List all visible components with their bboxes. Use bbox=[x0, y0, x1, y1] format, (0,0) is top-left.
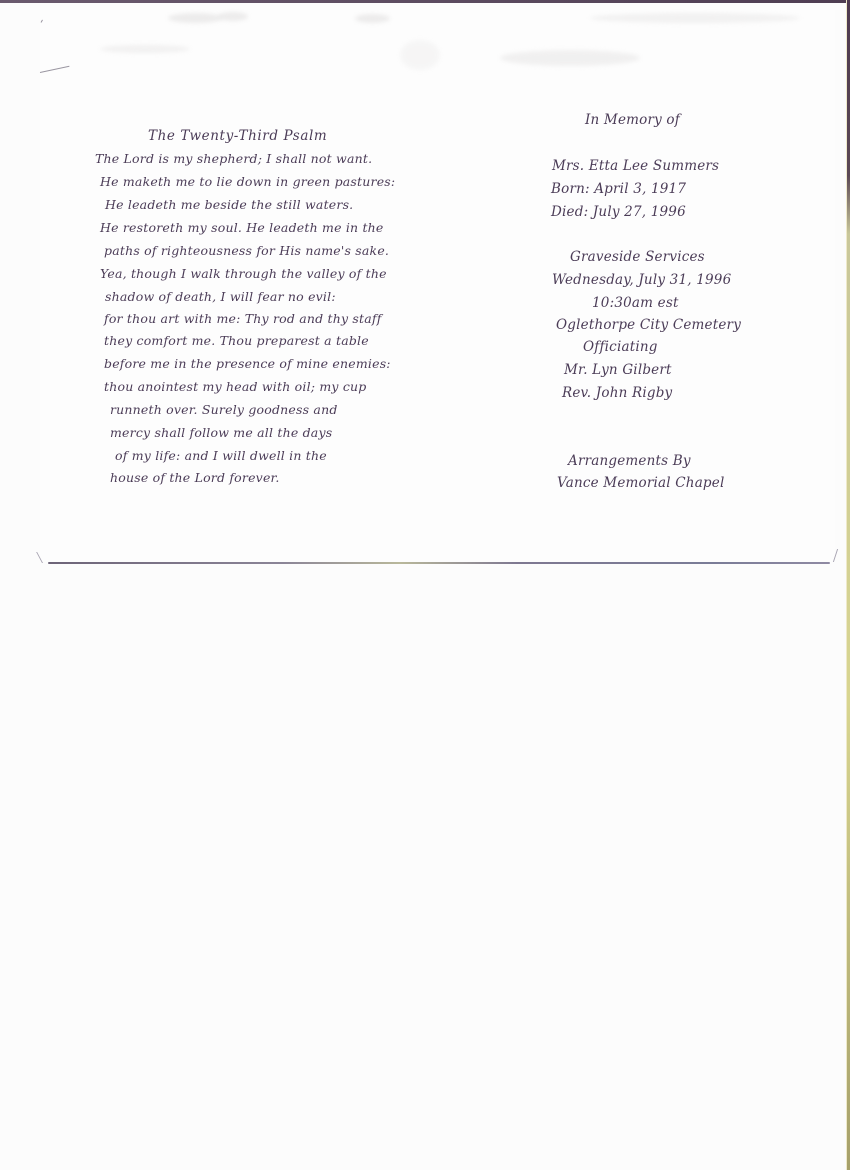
psalm-title: The Twenty-Third Psalm bbox=[148, 130, 327, 144]
funeral-home: Vance Memorial Chapel bbox=[557, 477, 725, 491]
paper-smudge bbox=[218, 12, 248, 21]
deceased-name: Mrs. Etta Lee Summers bbox=[552, 160, 719, 174]
paper-smudge bbox=[500, 50, 640, 66]
paper-smudge bbox=[590, 13, 800, 23]
officiant: Mr. Lyn Gilbert bbox=[564, 364, 672, 378]
psalm-line: Yea, though I walk through the valley of… bbox=[100, 268, 387, 281]
service-time: 10:30am est bbox=[592, 297, 679, 311]
psalm-line: He leadeth me beside the still waters. bbox=[105, 199, 353, 212]
officiant: Rev. John Rigby bbox=[562, 387, 672, 401]
service-title: Graveside Services bbox=[570, 251, 705, 265]
psalm-line: shadow of death, I will fear no evil: bbox=[105, 291, 336, 304]
paper-smudge bbox=[355, 14, 390, 23]
psalm-line: they comfort me. Thou preparest a table bbox=[104, 335, 369, 348]
paper-smudge bbox=[168, 13, 223, 23]
officiating-label: Officiating bbox=[583, 341, 658, 355]
memorial-heading: In Memory of bbox=[585, 114, 680, 128]
paper-smudge bbox=[100, 45, 190, 53]
paper-smudge bbox=[400, 40, 440, 70]
psalm-line: for thou art with me: Thy rod and thy st… bbox=[104, 313, 382, 326]
service-location: Oglethorpe City Cemetery bbox=[556, 319, 741, 333]
birth-date: Born: April 3, 1917 bbox=[551, 183, 686, 197]
psalm-line: mercy shall follow me all the days bbox=[110, 427, 332, 440]
card-bottom-edge bbox=[48, 562, 830, 564]
psalm-line: He maketh me to lie down in green pastur… bbox=[100, 176, 395, 189]
arrangements-label: Arrangements By bbox=[568, 455, 691, 469]
psalm-line: runneth over. Surely goodness and bbox=[110, 404, 338, 417]
psalm-line: paths of righteousness for His name's sa… bbox=[104, 245, 389, 258]
psalm-line: before me in the presence of mine enemie… bbox=[104, 358, 391, 371]
death-date: Died: July 27, 1996 bbox=[551, 206, 686, 220]
psalm-line: of my life: and I will dwell in the bbox=[115, 450, 327, 463]
psalm-line: thou anointest my head with oil; my cup bbox=[104, 381, 367, 394]
scan-top-border bbox=[0, 0, 850, 3]
service-date: Wednesday, July 31, 1996 bbox=[552, 274, 731, 288]
psalm-line: house of the Lord forever. bbox=[110, 472, 280, 485]
psalm-line: The Lord is my shepherd; I shall not wan… bbox=[95, 153, 372, 166]
psalm-line: He restoreth my soul. He leadeth me in t… bbox=[100, 222, 384, 235]
